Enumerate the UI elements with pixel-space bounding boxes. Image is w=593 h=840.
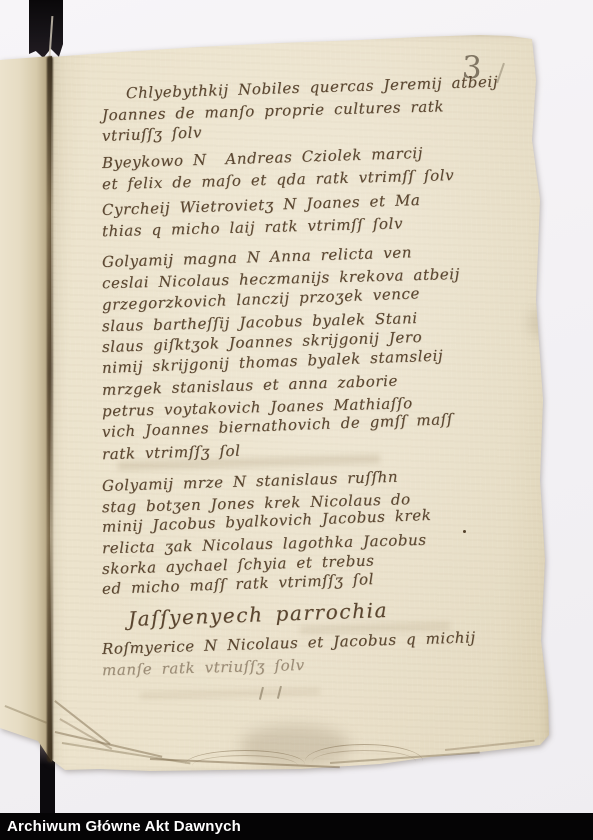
manuscript-entry: Roſmyerice N Nicolaus et Jacobus q michi… [102,639,522,680]
manuscript-entry: Chlyebythkij Nobiles quercas Jeremij atb… [102,84,522,147]
archive-scan-viewport: 3 Chlyebythkij Nobiles quercas Jeremij a… [0,0,593,840]
manuscript-entry: Golyamij magna N Anna relicta ven ceslai… [102,252,522,465]
manuscript-entry: Cyrcheij Wietrovietʒ N Joanes et Ma thia… [102,200,522,242]
page-fold-gutter [47,56,53,762]
archive-name-label: Archiwum Główne Akt Dawnych [0,818,241,835]
manuscript-book: 3 Chlyebythkij Nobiles quercas Jeremij a… [0,0,593,840]
handwritten-text-block: Chlyebythkij Nobiles quercas Jeremij atb… [102,84,522,680]
archive-footer-bar: Archiwum Główne Akt Dawnych [0,813,593,840]
paper-stain [528,306,572,340]
manuscript-entry: Golyamij mrze N stanislaus ruſſhn stag b… [102,476,522,600]
left-page-edge [0,40,52,765]
